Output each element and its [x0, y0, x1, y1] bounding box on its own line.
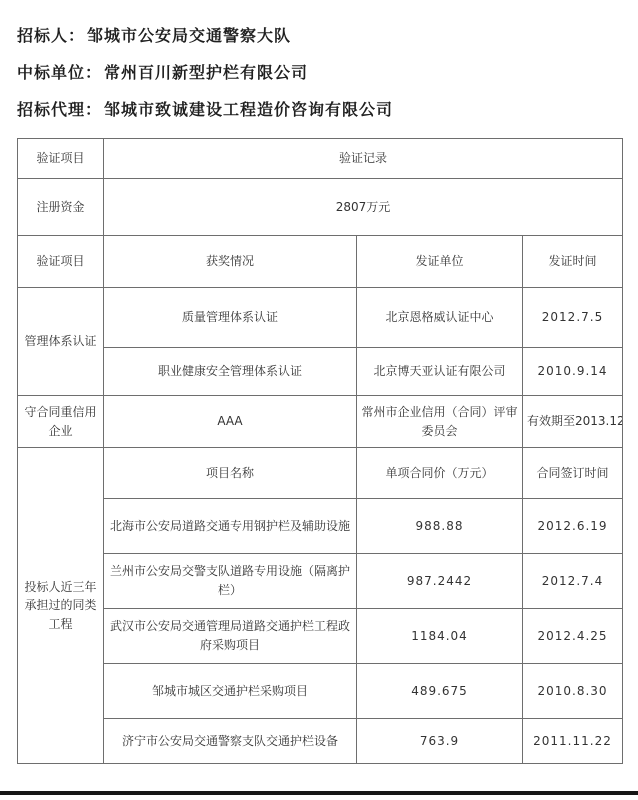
table-row-project-5: 济宁市公安局交通警察支队交通护栏设备 763.9 2011.11.22 [18, 719, 623, 764]
cell-capital-value: 2807万元 [104, 179, 623, 236]
cell-projects-header-date: 合同签订时间 [523, 448, 623, 499]
cell-project-4-price: 489.675 [357, 664, 523, 719]
cell-cert-2-date: 2010.9.14 [523, 348, 623, 396]
cell-projects-label: 投标人近三年承担过的同类工程 [18, 448, 104, 764]
winner-label: 中标单位： [17, 60, 102, 83]
cell-cert-2-issuer: 北京博天亚认证有限公司 [357, 348, 523, 396]
cell-credit-rating: AAA [104, 396, 357, 448]
verification-table: 验证项目 验证记录 注册资金 2807万元 验证项目 获奖情况 发证单位 发证时… [17, 138, 623, 764]
cell-project-3-price: 1184.04 [357, 609, 523, 664]
cell-project-1-date: 2012.6.19 [523, 499, 623, 554]
cell-cert-1-date: 2012.7.5 [523, 288, 623, 348]
table-row-credit: 守合同重信用企业 AAA 常州市企业信用（合同）评审委员会 有效期至2013.1… [18, 396, 623, 448]
cell-cert-2-award: 职业健康安全管理体系认证 [104, 348, 357, 396]
cell-project-5-date: 2011.11.22 [523, 719, 623, 764]
cell-cert-1-award: 质量管理体系认证 [104, 288, 357, 348]
document-header: 招标人： 邹城市公安局交通警察大队 中标单位： 常州百川新型护栏有限公司 招标代… [17, 16, 626, 127]
cell-credit-issuer: 常州市企业信用（合同）评审委员会 [357, 396, 523, 448]
table-row-cert-2: 职业健康安全管理体系认证 北京博天亚认证有限公司 2010.9.14 [18, 348, 623, 396]
table-row-projects-header: 投标人近三年承担过的同类工程 项目名称 单项合同价（万元） 合同签订时间 [18, 448, 623, 499]
agent-label: 招标代理： [17, 97, 102, 120]
table-row-registered-capital: 注册资金 2807万元 [18, 179, 623, 236]
cell-project-1-price: 988.88 [357, 499, 523, 554]
cell-project-2-date: 2012.7.4 [523, 554, 623, 609]
cell-credit-validity: 有效期至2013.12.31 [523, 396, 623, 448]
cell-management-certs-label: 管理体系认证 [18, 288, 104, 396]
table-row-project-2: 兰州市公安局交警支队道路专用设施（隔离护栏） 987.2442 2012.7.4 [18, 554, 623, 609]
cell-cert-1-issuer: 北京恩格威认证中心 [357, 288, 523, 348]
cell-project-5-name: 济宁市公安局交通警察支队交通护栏设备 [104, 719, 357, 764]
table-row-project-4: 邹城市城区交通护栏采购项目 489.675 2010.8.30 [18, 664, 623, 719]
cell-project-3-name: 武汉市公安局交通管理局道路交通护栏工程政府采购项目 [104, 609, 357, 664]
cell-cert-header-3: 发证单位 [357, 236, 523, 288]
table-row-cert-header: 验证项目 获奖情况 发证单位 发证时间 [18, 236, 623, 288]
cell-project-3-date: 2012.4.25 [523, 609, 623, 664]
cell-project-2-price: 987.2442 [357, 554, 523, 609]
tenderer-value: 邹城市公安局交通警察大队 [87, 23, 291, 46]
tenderer-line: 招标人： 邹城市公安局交通警察大队 [17, 16, 626, 53]
cell-project-4-name: 邹城市城区交通护栏采购项目 [104, 664, 357, 719]
table-row-verification: 验证项目 验证记录 [18, 139, 623, 179]
bottom-divider-bar [0, 791, 638, 795]
cell-capital-label: 注册资金 [18, 179, 104, 236]
cell-project-1-name: 北海市公安局道路交通专用钢护栏及辅助设施 [104, 499, 357, 554]
cell-cert-header-2: 获奖情况 [104, 236, 357, 288]
cell-verification-label: 验证项目 [18, 139, 104, 179]
cell-verification-value: 验证记录 [104, 139, 623, 179]
winner-value: 常州百川新型护栏有限公司 [104, 60, 308, 83]
cell-projects-header-price: 单项合同价（万元） [357, 448, 523, 499]
table-row-project-3: 武汉市公安局交通管理局道路交通护栏工程政府采购项目 1184.04 2012.4… [18, 609, 623, 664]
winner-line: 中标单位： 常州百川新型护栏有限公司 [17, 53, 626, 90]
cell-project-2-name: 兰州市公安局交警支队道路专用设施（隔离护栏） [104, 554, 357, 609]
cell-project-5-price: 763.9 [357, 719, 523, 764]
table-row-project-1: 北海市公安局道路交通专用钢护栏及辅助设施 988.88 2012.6.19 [18, 499, 623, 554]
agent-value: 邹城市致诚建设工程造价咨询有限公司 [104, 97, 393, 120]
cell-cert-header-1: 验证项目 [18, 236, 104, 288]
table-row-cert-1: 管理体系认证 质量管理体系认证 北京恩格威认证中心 2012.7.5 [18, 288, 623, 348]
cell-projects-header-name: 项目名称 [104, 448, 357, 499]
agent-line: 招标代理： 邹城市致诚建设工程造价咨询有限公司 [17, 90, 626, 127]
cell-credit-label: 守合同重信用企业 [18, 396, 104, 448]
cell-project-4-date: 2010.8.30 [523, 664, 623, 719]
tenderer-label: 招标人： [17, 23, 85, 46]
cell-cert-header-4: 发证时间 [523, 236, 623, 288]
document-page: 招标人： 邹城市公安局交通警察大队 中标单位： 常州百川新型护栏有限公司 招标代… [0, 0, 638, 800]
